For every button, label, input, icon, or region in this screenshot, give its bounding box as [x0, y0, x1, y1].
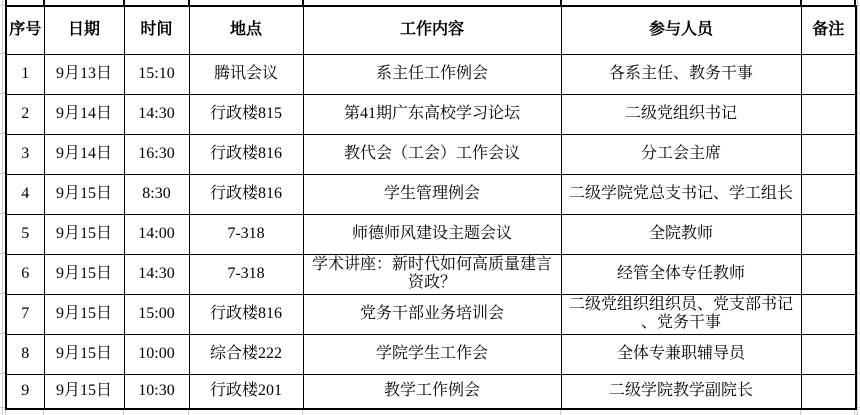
cell-participants: 二级学院党总支书记、学工组长	[561, 174, 801, 214]
cell-seq: 2	[6, 94, 44, 134]
cell-participants: 全院教师	[561, 214, 801, 254]
cell-work-content: 学生管理例会	[303, 174, 561, 214]
header-work-content: 工作内容	[303, 6, 561, 54]
cell-remarks	[801, 174, 856, 214]
cell-time: 10:00	[124, 334, 189, 374]
table-row: 9 9月15日 10:30 行政楼201 教学工作例会 二级学院教学副院长	[6, 374, 856, 409]
cell-date: 9月15日	[44, 174, 124, 214]
cell-seq: 8	[6, 334, 44, 374]
cell-participants: 二级学院教学副院长	[561, 374, 801, 409]
cell-seq: 5	[6, 214, 44, 254]
cell-work-content: 第41期广东高校学习论坛	[303, 94, 561, 134]
cell-location: 行政楼816	[189, 294, 303, 334]
cell-time: 10:30	[124, 374, 189, 409]
cell-time: 8:30	[124, 174, 189, 214]
cell-work-content: 党务干部业务培训会	[303, 294, 561, 334]
cell-participants: 分工会主席	[561, 134, 801, 174]
work-schedule-screenshot: 序号 日期 时间 地点 工作内容 参与人员 备注 1 9月13日 15:10 腾…	[0, 0, 860, 415]
gridline-stub	[857, 0, 858, 415]
cell-time: 16:30	[124, 134, 189, 174]
cell-work-content: 师德师风建设主题会议	[303, 214, 561, 254]
table-row: 6 9月15日 14:30 7-318 学术讲座：新时代如何高质量建言资政？ 经…	[6, 254, 856, 294]
cell-participants: 二级党组织书记	[561, 94, 801, 134]
cell-location: 行政楼201	[189, 374, 303, 409]
cell-date: 9月15日	[44, 334, 124, 374]
cell-location: 7-318	[189, 254, 303, 294]
cell-seq: 3	[6, 134, 44, 174]
cell-location: 腾讯会议	[189, 54, 303, 94]
table-row: 5 9月15日 14:00 7-318 师德师风建设主题会议 全院教师	[6, 214, 856, 254]
cell-time: 15:00	[124, 294, 189, 334]
cell-remarks	[801, 214, 856, 254]
table-row: 4 9月15日 8:30 行政楼816 学生管理例会 二级学院党总支书记、学工组…	[6, 174, 856, 214]
header-time: 时间	[124, 6, 189, 54]
cell-seq: 4	[6, 174, 44, 214]
cell-time: 14:30	[124, 94, 189, 134]
cell-date: 9月14日	[44, 94, 124, 134]
schedule-table: 序号 日期 时间 地点 工作内容 参与人员 备注 1 9月13日 15:10 腾…	[5, 5, 857, 410]
header-seq: 序号	[6, 6, 44, 54]
cell-time: 14:00	[124, 214, 189, 254]
cell-time: 14:30	[124, 254, 189, 294]
cell-work-content: 学院学生工作会	[303, 334, 561, 374]
table-header-row: 序号 日期 时间 地点 工作内容 参与人员 备注	[6, 6, 856, 54]
cell-date: 9月15日	[44, 294, 124, 334]
table-row: 3 9月14日 16:30 行政楼816 教代会（工会）工作会议 分工会主席	[6, 134, 856, 174]
cell-date: 9月15日	[44, 214, 124, 254]
cell-date: 9月14日	[44, 134, 124, 174]
cell-participants: 各系主任、教务干事	[561, 54, 801, 94]
cell-remarks	[801, 374, 856, 409]
cell-remarks	[801, 334, 856, 374]
table-row: 1 9月13日 15:10 腾讯会议 系主任工作例会 各系主任、教务干事	[6, 54, 856, 94]
cell-location: 7-318	[189, 214, 303, 254]
cell-remarks	[801, 54, 856, 94]
cell-participants: 经管全体专任教师	[561, 254, 801, 294]
cell-work-content: 教代会（工会）工作会议	[303, 134, 561, 174]
cell-time: 15:10	[124, 54, 189, 94]
header-date: 日期	[44, 6, 124, 54]
cell-remarks	[801, 254, 856, 294]
cell-date: 9月15日	[44, 374, 124, 409]
gridline-stub	[2, 0, 3, 415]
cell-remarks	[801, 134, 856, 174]
table-row: 8 9月15日 10:00 综合楼222 学院学生工作会 全体专兼职辅导员	[6, 334, 856, 374]
cell-date: 9月15日	[44, 254, 124, 294]
cell-participants: 二级党组织组织员、党支部书记、党务干事	[561, 294, 801, 334]
table-row: 7 9月15日 15:00 行政楼816 党务干部业务培训会 二级党组织组织员、…	[6, 294, 856, 334]
cell-work-content: 教学工作例会	[303, 374, 561, 409]
cell-date: 9月13日	[44, 54, 124, 94]
header-location: 地点	[189, 6, 303, 54]
table-row: 2 9月14日 14:30 行政楼815 第41期广东高校学习论坛 二级党组织书…	[6, 94, 856, 134]
cell-location: 行政楼815	[189, 94, 303, 134]
cell-work-content: 系主任工作例会	[303, 54, 561, 94]
cell-seq: 7	[6, 294, 44, 334]
cell-location: 行政楼816	[189, 174, 303, 214]
header-remarks: 备注	[801, 6, 856, 54]
cell-remarks	[801, 94, 856, 134]
cell-location: 综合楼222	[189, 334, 303, 374]
cell-remarks	[801, 294, 856, 334]
header-participants: 参与人员	[561, 6, 801, 54]
cell-seq: 6	[6, 254, 44, 294]
cell-seq: 1	[6, 54, 44, 94]
cell-participants: 全体专兼职辅导员	[561, 334, 801, 374]
cell-seq: 9	[6, 374, 44, 409]
cell-work-content: 学术讲座：新时代如何高质量建言资政？	[303, 254, 561, 294]
cell-location: 行政楼816	[189, 134, 303, 174]
